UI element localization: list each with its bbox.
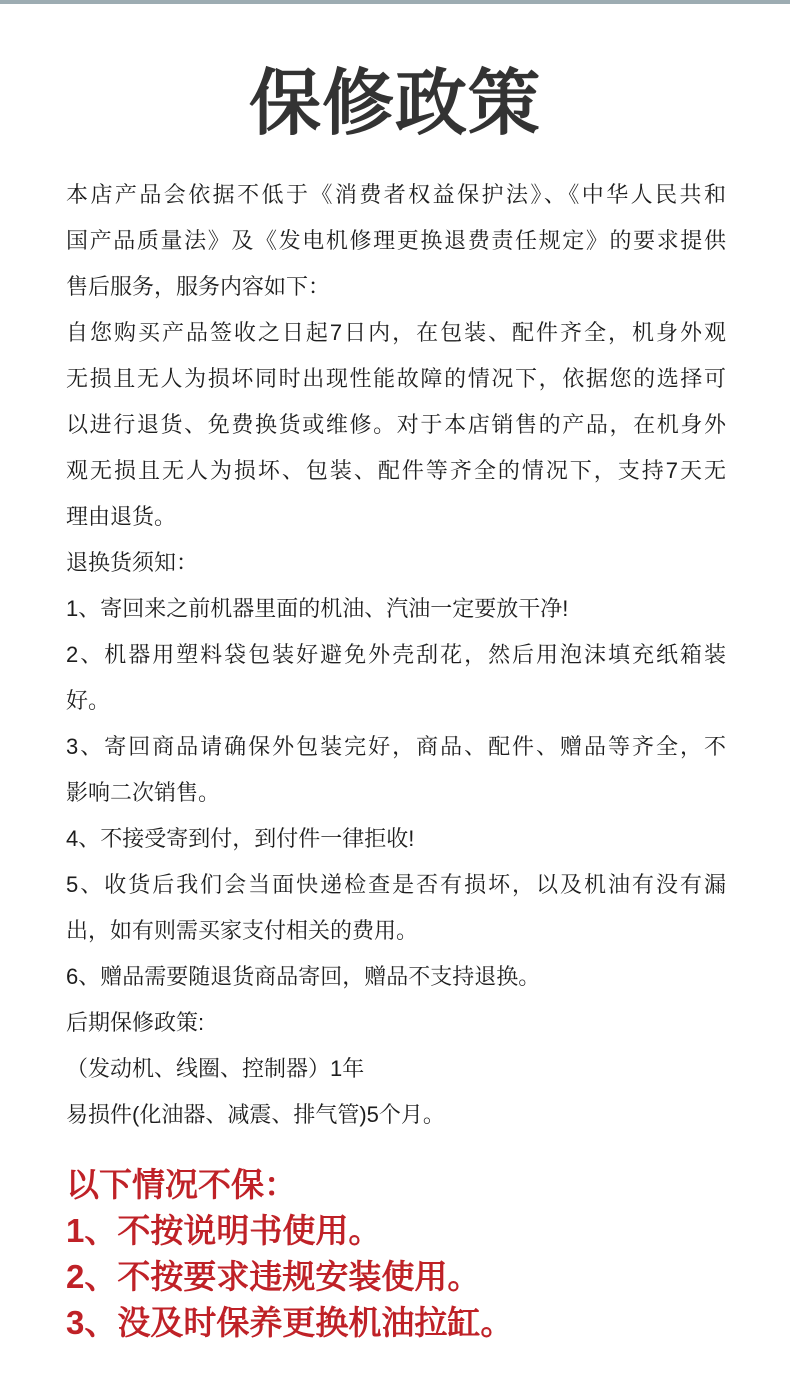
return-notice-item: 3、寄回商品请确保外包装完好，商品、配件、赠品等齐全，不 — [66, 724, 726, 770]
policy-line: 以进行退货、免费换货或维修。对于本店销售的产品，在机身外 — [66, 402, 726, 448]
policy-line: 售后服务，服务内容如下： — [66, 264, 726, 310]
return-notice-item: 6、赠品需要随退货商品寄回，赠品不支持退换。 — [66, 954, 726, 1000]
exclusion-item: 1、不按说明书使用。 — [66, 1208, 726, 1254]
top-divider — [0, 0, 790, 4]
warranty-term-line: （发动机、线圈、控制器）1年 — [66, 1046, 726, 1092]
return-notice-item: 出，如有则需买家支付相关的费用。 — [66, 908, 726, 954]
warranty-policy-page: 保修政策 本店产品会依据不低于《消费者权益保护法》、《中华人民共和 国产品质量法… — [0, 0, 790, 1377]
policy-body: 本店产品会依据不低于《消费者权益保护法》、《中华人民共和 国产品质量法》及《发电… — [66, 172, 726, 1138]
page-title: 保修政策 — [0, 64, 790, 144]
later-warranty-heading: 后期保修政策: — [66, 1000, 726, 1046]
exclusion-item: 3、没及时保养更换机油拉缸。 — [66, 1300, 726, 1346]
policy-line: 国产品质量法》及《发电机修理更换退费责任规定》的要求提供 — [66, 218, 726, 264]
policy-line: 自您购买产品签收之日起7日内，在包装、配件齐全，机身外观 — [66, 310, 726, 356]
policy-line: 无损且无人为损坏同时出现性能故障的情况下，依据您的选择可 — [66, 356, 726, 402]
return-notice-item: 4、不接受寄到付，到付件一律拒收! — [66, 816, 726, 862]
policy-line: 本店产品会依据不低于《消费者权益保护法》、《中华人民共和 — [66, 172, 726, 218]
exclusions-heading: 以下情况不保： — [66, 1162, 726, 1208]
warranty-term-line: 易损件(化油器、减震、排气管)5个月。 — [66, 1092, 726, 1138]
warranty-exclusions: 以下情况不保： 1、不按说明书使用。 2、不按要求违规安装使用。 3、没及时保养… — [66, 1162, 726, 1346]
return-notice-heading: 退换货须知： — [66, 540, 726, 586]
exclusion-item: 2、不按要求违规安装使用。 — [66, 1254, 726, 1300]
policy-line: 理由退货。 — [66, 494, 726, 540]
policy-line: 观无损且无人为损坏、包装、配件等齐全的情况下，支持7天无 — [66, 448, 726, 494]
return-notice-item: 好。 — [66, 678, 726, 724]
return-notice-item: 1、寄回来之前机器里面的机油、汽油一定要放干净! — [66, 586, 726, 632]
return-notice-item: 影响二次销售。 — [66, 770, 726, 816]
return-notice-item: 2、机器用塑料袋包装好避免外壳刮花，然后用泡沫填充纸箱装 — [66, 632, 726, 678]
return-notice-item: 5、收货后我们会当面快递检查是否有损坏，以及机油有没有漏 — [66, 862, 726, 908]
